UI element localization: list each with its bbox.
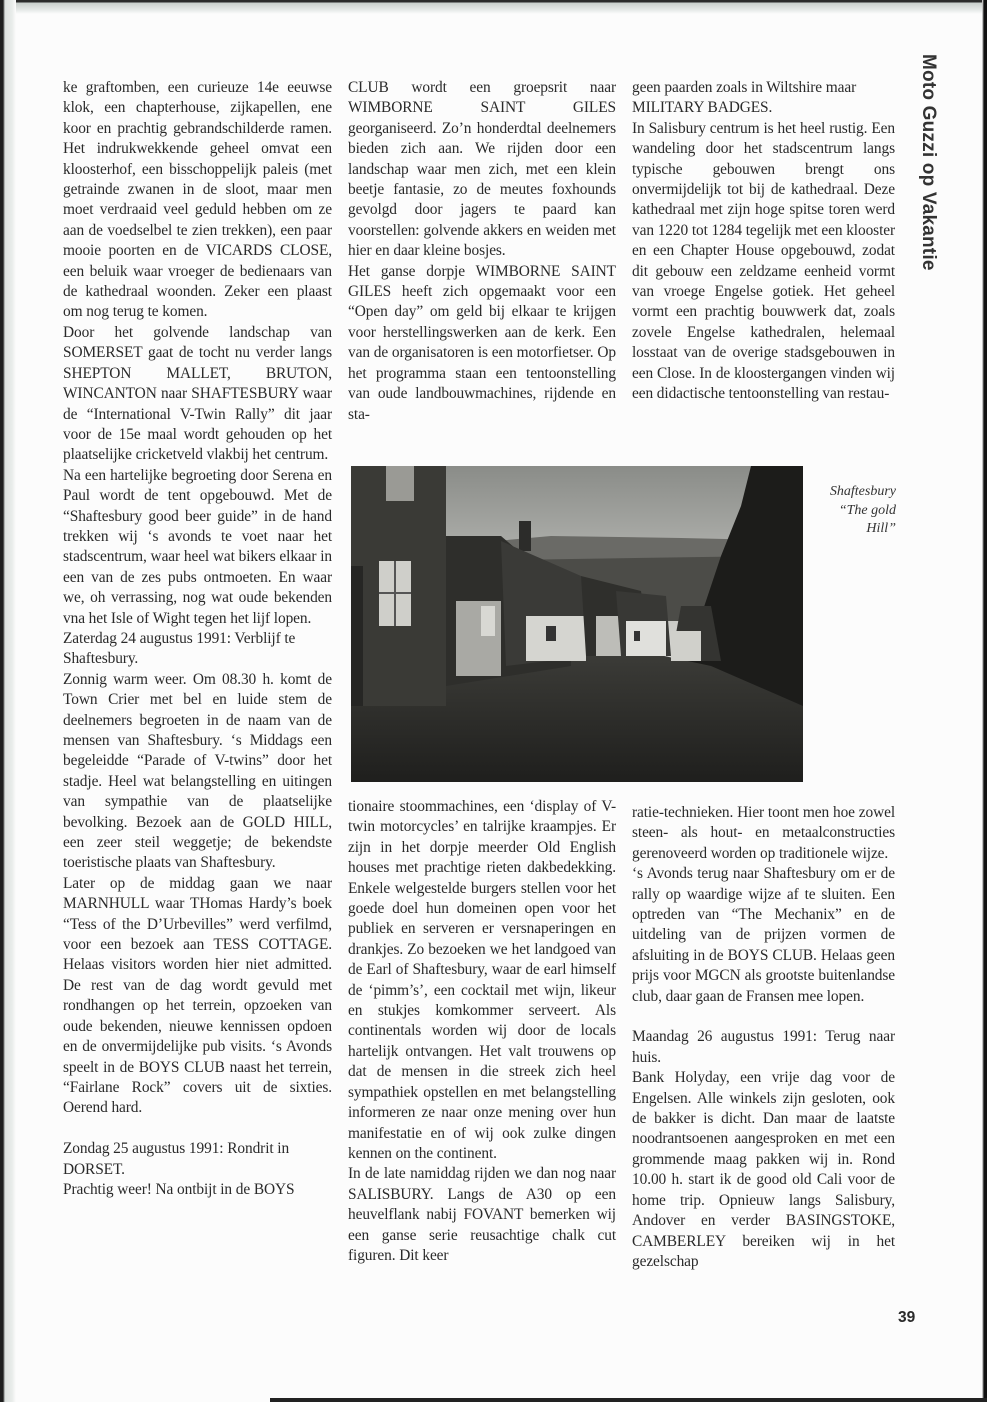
paragraph: Bank Holyday, een vrije dag voor de Enge…: [632, 1068, 895, 1272]
paragraph: Na een hartelijke begroeting door Serena…: [63, 466, 332, 629]
paragraph: ratie-technieken. Hier toont men hoe zow…: [632, 803, 895, 864]
paragraph: In Salisbury centrum is het heel rustig.…: [632, 119, 895, 405]
paragraph: tionaire stoommachines, een ‘display of …: [348, 797, 616, 1164]
photo-gold-hill: [351, 466, 803, 782]
day-heading: Zondag 25 augustus 1991: Rondrit in DORS…: [63, 1139, 332, 1180]
caption-line: Shaftesbury: [812, 483, 896, 502]
article-column-2-top: CLUB wordt een groepsrit naar WIMBORNE S…: [348, 78, 616, 425]
photo-image: [351, 466, 803, 782]
paragraph: ‘s Avonds terug naar Shaftesbury om er d…: [632, 864, 895, 1007]
section-title-vertical: Moto Guzzi op Vakantie: [909, 50, 939, 350]
photo-caption: Shaftesbury “The gold Hill”: [812, 483, 896, 539]
paragraph: In de late namiddag rijden we dan nog na…: [348, 1164, 616, 1266]
page-number: 39: [898, 1309, 915, 1327]
paragraph: Zonnig warm weer. Om 08.30 h. komt de To…: [63, 670, 332, 874]
caption-line: Hill”: [812, 520, 896, 539]
caption-line: “The gold: [812, 502, 896, 521]
article-column-1: ke graftomben, een curieuze 14e eeuwse k…: [63, 78, 332, 1200]
paragraph: Het ganse dorpje WIMBORNE SAINT GILES he…: [348, 262, 616, 425]
article-column-3-bottom: ratie-technieken. Hier toont men hoe zow…: [632, 803, 895, 1272]
paragraph: Prachtig weer! Na ontbijt in de BOYS: [63, 1180, 332, 1200]
paragraph: ke graftomben, een curieuze 14e eeuwse k…: [63, 78, 332, 323]
day-heading: Maandag 26 augustus 1991: Terug naar hui…: [632, 1027, 895, 1068]
scan-border-top: [0, 0, 987, 14]
scan-border-left: [0, 0, 16, 1402]
paragraph: geen paarden zoals in Wiltshire maar MIL…: [632, 78, 895, 119]
paragraph: CLUB wordt een groepsrit naar WIMBORNE S…: [348, 78, 616, 262]
day-heading: Zaterdag 24 augustus 1991: Verblijf te S…: [63, 629, 332, 670]
scan-border-bottom: [270, 1398, 987, 1402]
scan-border-right: [982, 0, 987, 1402]
article-column-3-top: geen paarden zoals in Wiltshire maar MIL…: [632, 78, 895, 405]
article-column-2-bottom: tionaire stoommachines, een ‘display of …: [348, 797, 616, 1266]
paragraph: Door het golvende landschap van SOMERSET…: [63, 323, 332, 466]
paragraph: Later op de middag gaan we naar MARNHULL…: [63, 874, 332, 1119]
